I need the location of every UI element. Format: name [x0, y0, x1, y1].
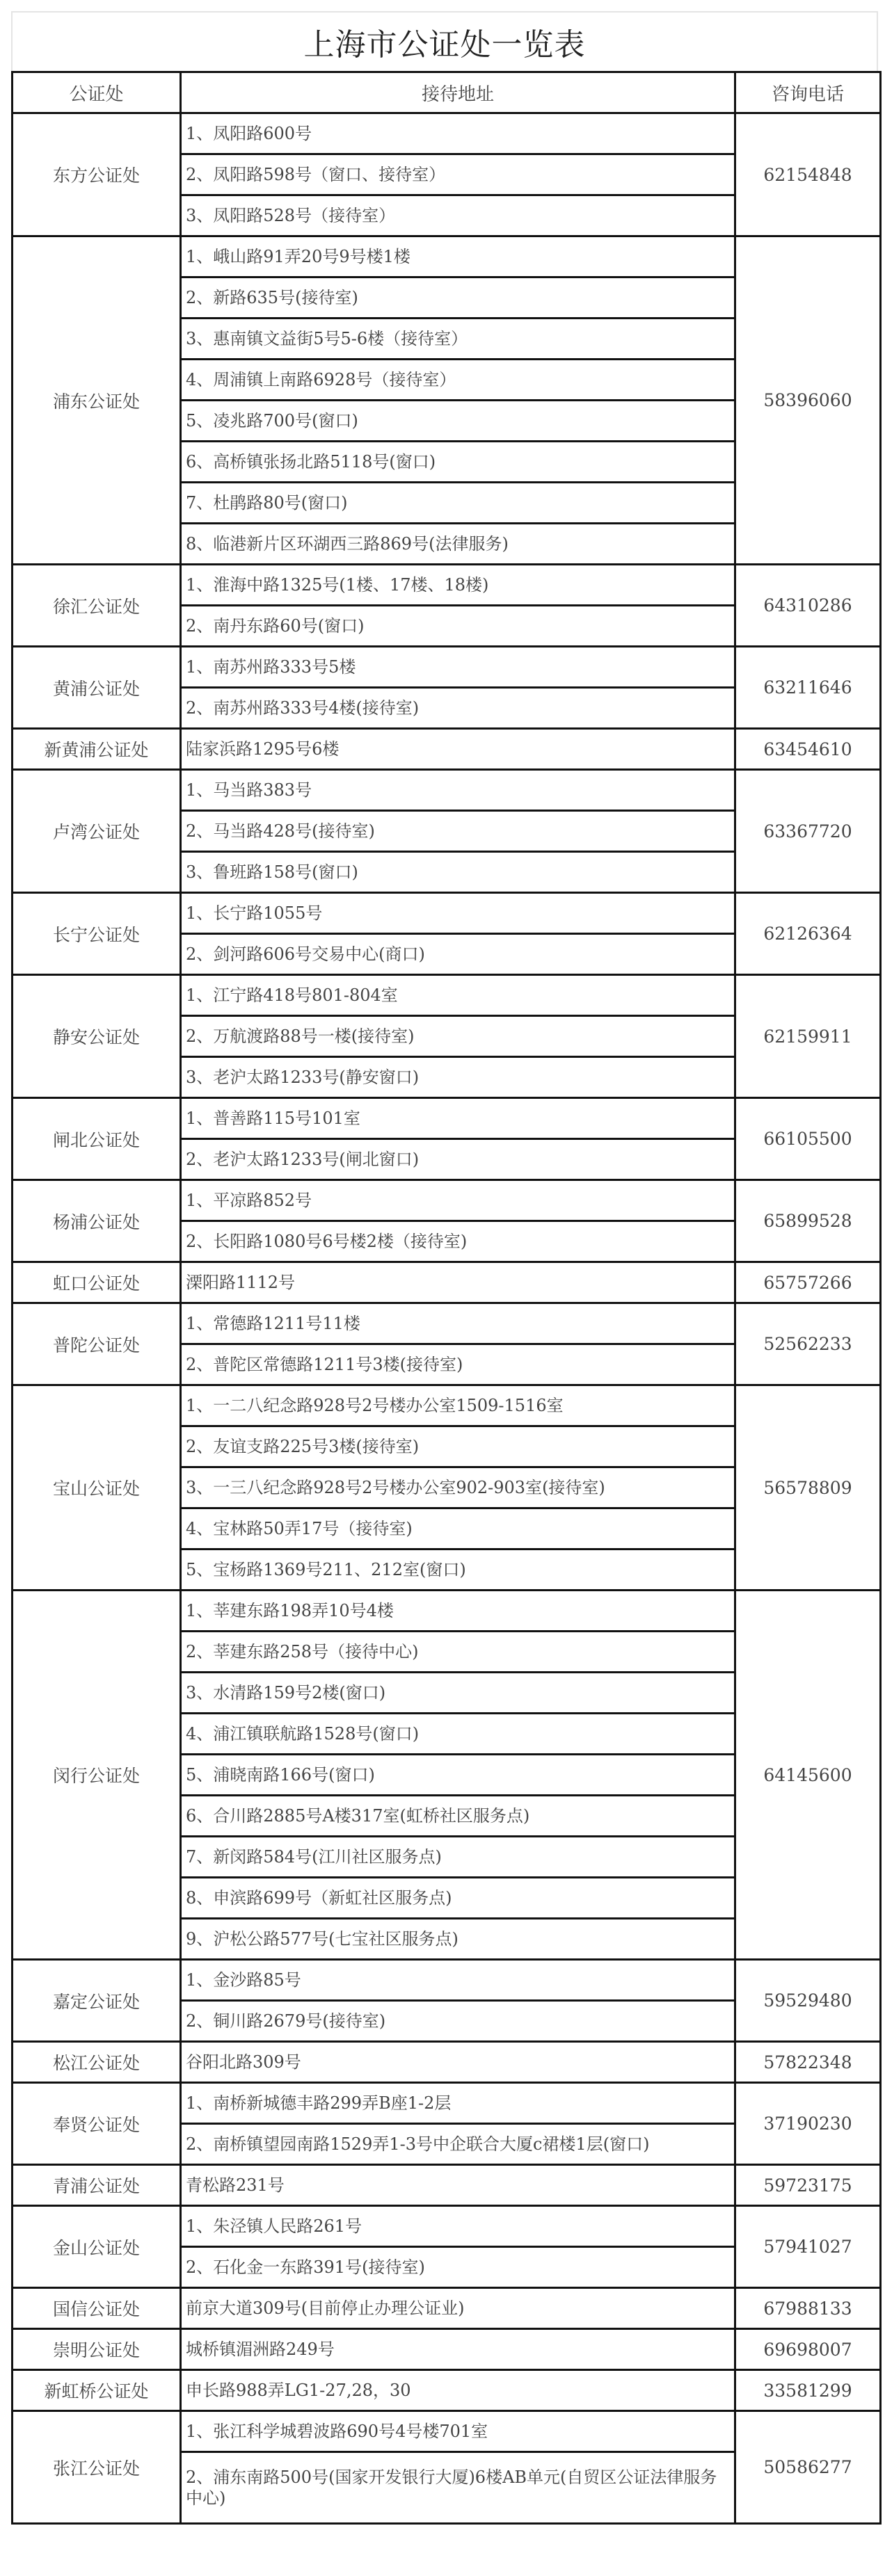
office-name: 青浦公证处: [13, 2165, 181, 2206]
office-name: 金山公证处: [13, 2206, 181, 2288]
office-address: 2、万航渡路88号一楼(接待室): [181, 1016, 735, 1057]
office-phone: 56578809: [735, 1385, 881, 1591]
column-header-phone: 咨询电话: [735, 72, 881, 113]
notary-office-table: 公证处 接待地址 咨询电话 东方公证处1、凤阳路600号621548482、凤阳…: [11, 71, 882, 2525]
office-name: 黄浦公证处: [13, 647, 181, 729]
office-address: 2、石化金一东路391号(接待室): [181, 2247, 735, 2288]
office-name: 新虹桥公证处: [13, 2370, 181, 2411]
office-phone: 63211646: [735, 647, 881, 729]
office-address: 前京大道309号(目前停止办理公证业): [181, 2288, 735, 2329]
office-phone: 58396060: [735, 236, 881, 565]
office-address: 青松路231号: [181, 2165, 735, 2206]
office-phone: 59529480: [735, 1960, 881, 2042]
office-address: 1、普善路115号101室: [181, 1098, 735, 1139]
office-name: 奉贤公证处: [13, 2083, 181, 2165]
office-address: 3、鲁班路158号(窗口): [181, 852, 735, 893]
office-address: 2、友谊支路225号3楼(接待室): [181, 1426, 735, 1467]
table-row: 嘉定公证处1、金沙路85号59529480: [13, 1960, 881, 2001]
office-address: 1、朱泾镇人民路261号: [181, 2206, 735, 2247]
office-address: 2、莘建东路258号（接待中心): [181, 1632, 735, 1673]
office-address: 2、南桥镇望园南路1529弄1-3号中企联合大厦c裙楼1层(窗口): [181, 2124, 735, 2165]
office-name: 普陀公证处: [13, 1303, 181, 1385]
office-address: 8、申滨路699号（新虹社区服务点): [181, 1878, 735, 1919]
office-name: 卢湾公证处: [13, 770, 181, 893]
office-name: 松江公证处: [13, 2042, 181, 2083]
column-header-address: 接待地址: [181, 72, 735, 113]
office-phone: 69698007: [735, 2329, 881, 2370]
office-address: 1、南桥新城德丰路299弄B座1-2层: [181, 2083, 735, 2124]
table-row: 宝山公证处1、一二八纪念路928号2号楼办公室1509-1516室5657880…: [13, 1385, 881, 1426]
office-address: 5、浦晓南路166号(窗口): [181, 1755, 735, 1796]
table-header-row: 公证处 接待地址 咨询电话: [13, 72, 881, 113]
office-address: 2、长阳路1080号6号楼2楼（接待室): [181, 1221, 735, 1262]
office-name: 新黄浦公证处: [13, 729, 181, 770]
office-address: 2、新路635号(接待室): [181, 277, 735, 319]
office-address: 8、临港新片区环湖西三路869号(法律服务): [181, 524, 735, 565]
office-name: 崇明公证处: [13, 2329, 181, 2370]
office-address: 2、浦东南路500号(国家开发银行大厦)6楼AB单元(自贸区公证法律服务中心): [181, 2452, 735, 2524]
table-row: 长宁公证处1、长宁路1055号62126364: [13, 893, 881, 934]
office-address: 1、一二八纪念路928号2号楼办公室1509-1516室: [181, 1385, 735, 1426]
office-phone: 37190230: [735, 2083, 881, 2165]
office-name: 国信公证处: [13, 2288, 181, 2329]
office-address: 4、周浦镇上南路6928号（接待室）: [181, 360, 735, 401]
table-row: 浦东公证处1、峨山路91弄20号9号楼1楼58396060: [13, 236, 881, 277]
office-phone: 64145600: [735, 1591, 881, 1960]
office-phone: 63367720: [735, 770, 881, 893]
office-address: 1、凤阳路600号: [181, 113, 735, 154]
office-address: 1、江宁路418号801-804室: [181, 975, 735, 1016]
office-address: 1、马当路383号: [181, 770, 735, 811]
office-phone: 67988133: [735, 2288, 881, 2329]
office-phone: 62154848: [735, 113, 881, 236]
office-phone: 62126364: [735, 893, 881, 975]
office-phone: 64310286: [735, 565, 881, 647]
office-phone: 65899528: [735, 1180, 881, 1262]
table-row: 新虹桥公证处申长路988弄LG1-27,28，3033581299: [13, 2370, 881, 2411]
title-box: 上海市公证处一览表: [11, 11, 878, 71]
column-header-office: 公证处: [13, 72, 181, 113]
office-phone: 66105500: [735, 1098, 881, 1180]
office-address: 3、惠南镇文益街5号5-6楼（接待室）: [181, 319, 735, 360]
office-phone: 52562233: [735, 1303, 881, 1385]
office-address: 2、铜川路2679号(接待室): [181, 2001, 735, 2042]
office-address: 陆家浜路1295号6楼: [181, 729, 735, 770]
table-body: 东方公证处1、凤阳路600号621548482、凤阳路598号（窗口、接待室）3…: [13, 113, 881, 2524]
office-address: 2、马当路428号(接待室): [181, 811, 735, 852]
office-address: 4、浦江镇联航路1528号(窗口): [181, 1714, 735, 1755]
office-name: 虹口公证处: [13, 1262, 181, 1303]
office-address: 4、宝林路50弄17号（接待室): [181, 1508, 735, 1549]
table-row: 松江公证处谷阳北路309号57822348: [13, 2042, 881, 2083]
office-address: 1、金沙路85号: [181, 1960, 735, 2001]
office-address: 2、老沪太路1233号(闸北窗口): [181, 1139, 735, 1180]
office-address: 申长路988弄LG1-27,28，30: [181, 2370, 735, 2411]
office-address: 6、合川路2885号A楼317室(虹桥社区服务点): [181, 1796, 735, 1837]
table-row: 奉贤公证处1、南桥新城德丰路299弄B座1-2层37190230: [13, 2083, 881, 2124]
office-name: 闸北公证处: [13, 1098, 181, 1180]
table-row: 金山公证处1、朱泾镇人民路261号57941027: [13, 2206, 881, 2247]
notary-office-sheet: 上海市公证处一览表 公证处 接待地址 咨询电话 东方公证处1、凤阳路600号62…: [0, 0, 885, 2538]
table-row: 黄浦公证处1、南苏州路333号5楼63211646: [13, 647, 881, 688]
office-phone: 57822348: [735, 2042, 881, 2083]
office-address: 1、淮海中路1325号(1楼、17楼、18楼): [181, 565, 735, 606]
office-address: 2、普陀区常德路1211号3楼(接待室): [181, 1344, 735, 1385]
office-phone: 50586277: [735, 2411, 881, 2524]
office-name: 静安公证处: [13, 975, 181, 1098]
office-address: 1、南苏州路333号5楼: [181, 647, 735, 688]
office-phone: 62159911: [735, 975, 881, 1098]
office-address: 2、凤阳路598号（窗口、接待室）: [181, 154, 735, 195]
office-address: 5、宝杨路1369号211、212室(窗口): [181, 1549, 735, 1591]
table-row: 崇明公证处城桥镇湄洲路249号69698007: [13, 2329, 881, 2370]
office-address: 1、长宁路1055号: [181, 893, 735, 934]
office-address: 2、南苏州路333号4楼(接待室): [181, 688, 735, 729]
table-row: 张江公证处1、张江科学城碧波路690号4号楼701室50586277: [13, 2411, 881, 2452]
office-address: 9、沪松公路577号(七宝社区服务点): [181, 1919, 735, 1960]
office-address: 6、高桥镇张扬北路5118号(窗口): [181, 442, 735, 483]
office-name: 东方公证处: [13, 113, 181, 236]
office-address: 城桥镇湄洲路249号: [181, 2329, 735, 2370]
table-row: 闸北公证处1、普善路115号101室66105500: [13, 1098, 881, 1139]
office-name: 徐汇公证处: [13, 565, 181, 647]
office-address: 3、一三八纪念路928号2号楼办公室902-903室(接待室): [181, 1467, 735, 1508]
table-row: 杨浦公证处1、平凉路852号65899528: [13, 1180, 881, 1221]
office-address: 1、平凉路852号: [181, 1180, 735, 1221]
table-row: 虹口公证处溧阳路1112号65757266: [13, 1262, 881, 1303]
office-phone: 59723175: [735, 2165, 881, 2206]
table-row: 徐汇公证处1、淮海中路1325号(1楼、17楼、18楼)64310286: [13, 565, 881, 606]
office-address: 1、峨山路91弄20号9号楼1楼: [181, 236, 735, 277]
office-address: 3、凤阳路528号（接待室）: [181, 195, 735, 236]
office-name: 嘉定公证处: [13, 1960, 181, 2042]
office-name: 张江公证处: [13, 2411, 181, 2524]
office-address: 1、莘建东路198弄10号4楼: [181, 1591, 735, 1632]
office-name: 杨浦公证处: [13, 1180, 181, 1262]
table-row: 国信公证处前京大道309号(目前停止办理公证业)67988133: [13, 2288, 881, 2329]
office-phone: 33581299: [735, 2370, 881, 2411]
office-address: 5、凌兆路700号(窗口): [181, 401, 735, 442]
office-name: 宝山公证处: [13, 1385, 181, 1591]
office-address: 2、南丹东路60号(窗口): [181, 606, 735, 647]
table-row: 青浦公证处青松路231号59723175: [13, 2165, 881, 2206]
table-row: 普陀公证处1、常德路1211号11楼52562233: [13, 1303, 881, 1344]
office-address: 3、老沪太路1233号(静安窗口): [181, 1057, 735, 1098]
office-phone: 65757266: [735, 1262, 881, 1303]
office-address: 谷阳北路309号: [181, 2042, 735, 2083]
table-row: 新黄浦公证处陆家浜路1295号6楼63454610: [13, 729, 881, 770]
office-address: 2、剑河路606号交易中心(商口): [181, 934, 735, 975]
office-phone: 57941027: [735, 2206, 881, 2288]
table-row: 静安公证处1、江宁路418号801-804室62159911: [13, 975, 881, 1016]
office-phone: 63454610: [735, 729, 881, 770]
office-address: 1、常德路1211号11楼: [181, 1303, 735, 1344]
office-address: 7、杜鹃路80号(窗口): [181, 483, 735, 524]
office-address: 3、水清路159号2楼(窗口): [181, 1673, 735, 1714]
table-row: 闵行公证处1、莘建东路198弄10号4楼64145600: [13, 1591, 881, 1632]
office-address: 1、张江科学城碧波路690号4号楼701室: [181, 2411, 735, 2452]
office-name: 长宁公证处: [13, 893, 181, 975]
table-row: 东方公证处1、凤阳路600号62154848: [13, 113, 881, 154]
office-address: 溧阳路1112号: [181, 1262, 735, 1303]
office-name: 浦东公证处: [13, 236, 181, 565]
table-row: 卢湾公证处1、马当路383号63367720: [13, 770, 881, 811]
page-title: 上海市公证处一览表: [304, 19, 586, 64]
office-name: 闵行公证处: [13, 1591, 181, 1960]
office-address: 7、新闵路584号(江川社区服务点): [181, 1837, 735, 1878]
